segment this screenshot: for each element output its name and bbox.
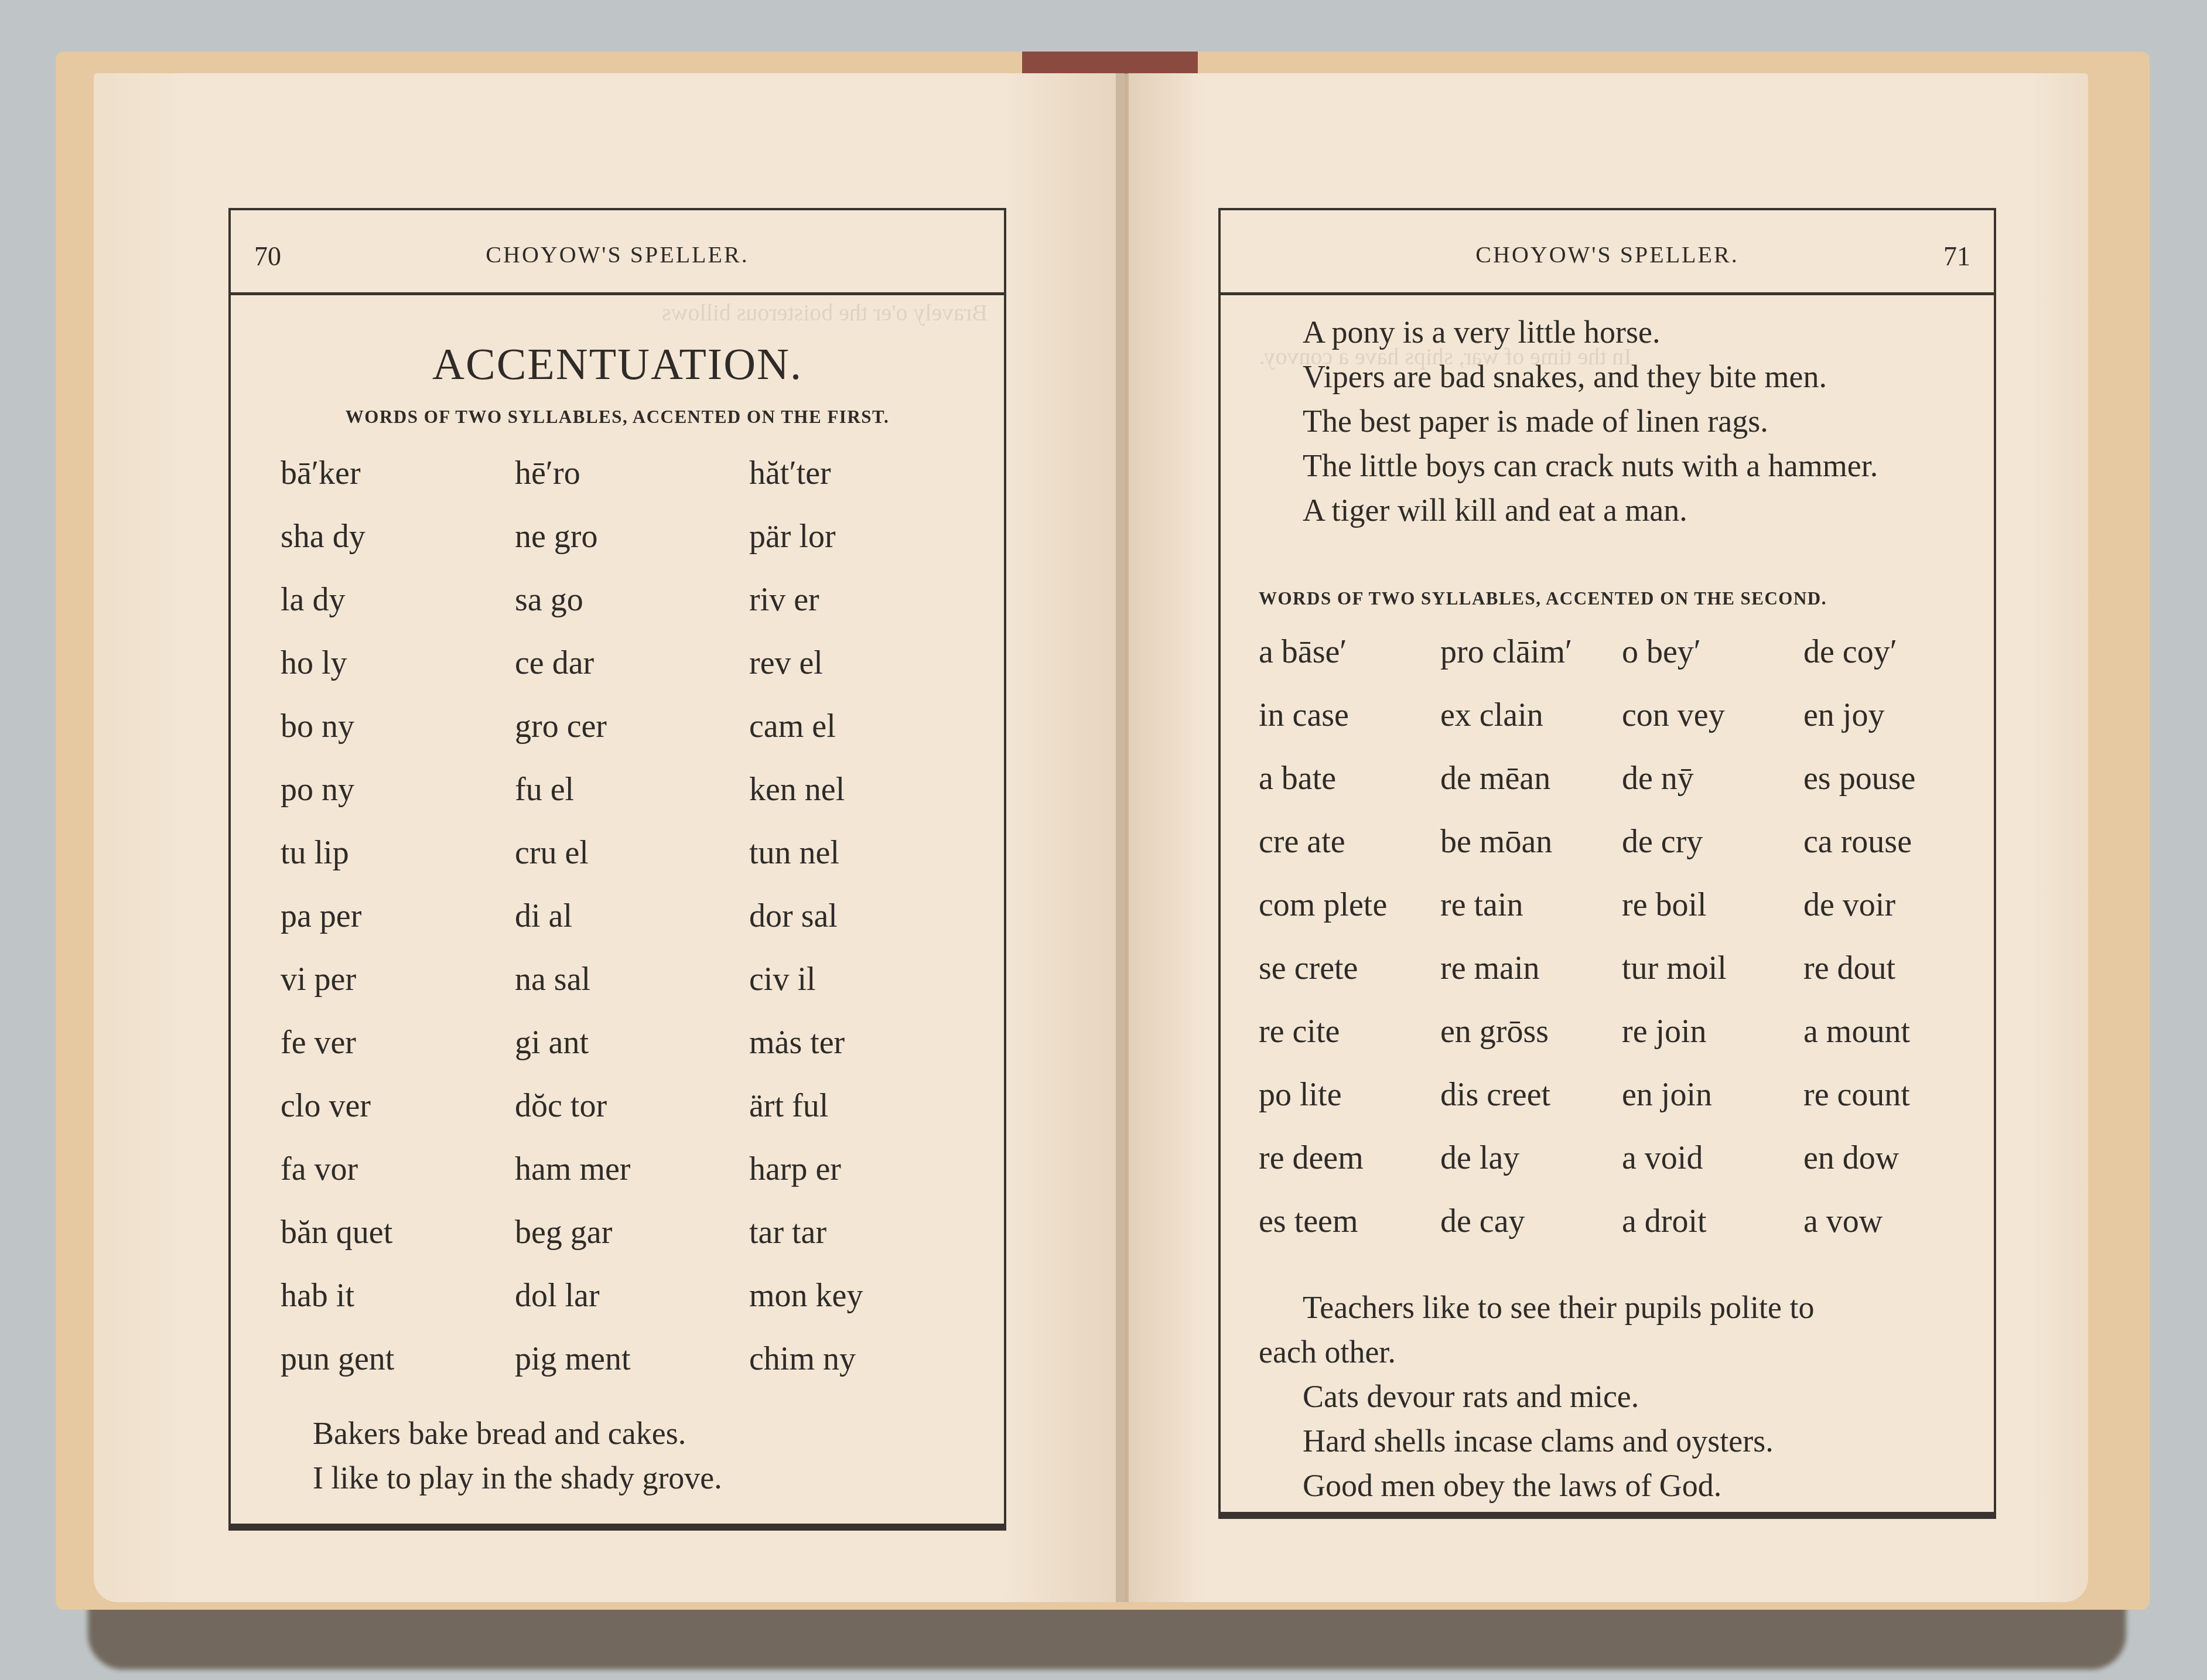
word: en grōss xyxy=(1440,1013,1622,1050)
word: harp er xyxy=(749,1150,841,1188)
word: de coy′ xyxy=(1803,633,1897,671)
word-row: pun gentpig mentchim ny xyxy=(281,1327,863,1391)
word: gro cer xyxy=(515,708,749,745)
word: rev el xyxy=(749,644,823,682)
word: ne gro xyxy=(515,518,749,555)
word: a void xyxy=(1622,1139,1803,1177)
word-row: la dysa goriv er xyxy=(281,568,863,631)
example-sentence: Teachers like to see their pupils polite… xyxy=(1303,1285,1814,1330)
book-gutter xyxy=(1116,73,1129,1602)
word-row: re citeen grōssre joina mount xyxy=(1259,1000,1915,1063)
word: fe ver xyxy=(281,1024,515,1061)
word: in case xyxy=(1259,696,1440,734)
word-row: fe vergi antmȧs ter xyxy=(281,1011,863,1074)
word: di al xyxy=(515,897,749,935)
word: de mēan xyxy=(1440,760,1622,797)
word-row: bo nygro cercam el xyxy=(281,695,863,758)
word-row: a batede mēande nȳes pouse xyxy=(1259,747,1915,810)
word: tun nel xyxy=(749,834,839,872)
example-sentence: A tiger will kill and eat a man. xyxy=(1303,488,1687,532)
word: la dy xyxy=(281,581,515,619)
word-row: po litedis creeten joinre count xyxy=(1259,1063,1915,1126)
example-sentence: each other. xyxy=(1259,1330,1396,1374)
word: re tain xyxy=(1440,886,1622,924)
word-row: sha dyne gropär lor xyxy=(281,505,863,568)
word: hab it xyxy=(281,1277,515,1314)
word: pa per xyxy=(281,897,515,935)
spine-band xyxy=(1022,52,1198,74)
example-sentence: Cats devour rats and mice. xyxy=(1303,1374,1639,1419)
word-row: fa vorham merharp er xyxy=(281,1138,863,1201)
word: ho ly xyxy=(281,644,515,682)
word: gi ant xyxy=(515,1024,749,1061)
word: vi per xyxy=(281,961,515,998)
word: civ il xyxy=(749,961,816,998)
word: tar tar xyxy=(749,1214,826,1251)
left-running-header: 70 CHOYOW'S SPELLER. xyxy=(231,210,1004,295)
example-sentence: Hard shells incase clams and oysters. xyxy=(1303,1419,1774,1463)
word: de voir xyxy=(1803,886,1895,924)
word-row: băn quetbeg gartar tar xyxy=(281,1201,863,1264)
running-head-title: CHOYOW'S SPELLER. xyxy=(231,241,1004,268)
word: de lay xyxy=(1440,1139,1622,1177)
word-row: es teemde caya droita vow xyxy=(1259,1190,1915,1253)
word: a vow xyxy=(1803,1203,1883,1240)
word: re boil xyxy=(1622,886,1803,924)
word: mon key xyxy=(749,1277,863,1314)
word: dŏc tor xyxy=(515,1087,749,1125)
page-number: 71 xyxy=(1943,241,1970,272)
example-sentence: Good men obey the laws of God. xyxy=(1303,1463,1721,1508)
word: cru el xyxy=(515,834,749,872)
word: re join xyxy=(1622,1013,1803,1050)
word: cam el xyxy=(749,708,836,745)
word-row: com pletere tainre boilde voir xyxy=(1259,873,1915,937)
word-row: vi perna salciv il xyxy=(281,948,863,1011)
word: na sal xyxy=(515,961,749,998)
example-sentence: Vipers are bad snakes, and they bite men… xyxy=(1303,354,1827,399)
example-sentence: I like to play in the shady grove. xyxy=(313,1456,722,1500)
example-sentence: Bakers bake bread and cakes. xyxy=(313,1411,686,1456)
word: con vey xyxy=(1622,696,1803,734)
word: cre ate xyxy=(1259,823,1440,861)
word: en dow xyxy=(1803,1139,1899,1177)
word: se crete xyxy=(1259,950,1440,987)
word-row: a bāse′pro clāim′o bey′de coy′ xyxy=(1259,620,1915,684)
word: a droit xyxy=(1622,1203,1803,1240)
word: a bāse′ xyxy=(1259,633,1440,671)
word: pro clāim′ xyxy=(1440,633,1622,671)
section-subheading: WORDS OF TWO SYLLABLES, ACCENTED ON THE … xyxy=(231,407,1004,428)
word: po lite xyxy=(1259,1076,1440,1114)
word-row: pa perdi aldor sal xyxy=(281,885,863,948)
word: dol lar xyxy=(515,1277,749,1314)
word: tur moil xyxy=(1622,950,1803,987)
word: es pouse xyxy=(1803,760,1915,797)
word: băn quet xyxy=(281,1214,515,1251)
word: a mount xyxy=(1803,1013,1910,1050)
example-sentence: The best paper is made of linen rags. xyxy=(1303,399,1768,443)
word: pun gent xyxy=(281,1340,515,1378)
word-row: hab itdol larmon key xyxy=(281,1264,863,1327)
word: de cry xyxy=(1622,823,1803,861)
word-row: re deemde laya voiden dow xyxy=(1259,1126,1915,1190)
word: pär lor xyxy=(749,518,836,555)
word: sha dy xyxy=(281,518,515,555)
word: pig ment xyxy=(515,1340,749,1378)
word: mȧs ter xyxy=(749,1024,845,1061)
bottom-rule xyxy=(1221,1512,1994,1517)
word: o bey′ xyxy=(1622,633,1803,671)
word-list-second-accent: a bāse′pro clāim′o bey′de coy′ in caseex… xyxy=(1259,620,1915,1253)
word: re count xyxy=(1803,1076,1910,1114)
word-row: in caseex claincon veyen joy xyxy=(1259,684,1915,747)
word: ham mer xyxy=(515,1150,749,1188)
word: po ny xyxy=(281,771,515,808)
word: ärt ful xyxy=(749,1087,828,1125)
word: re cite xyxy=(1259,1013,1440,1050)
right-running-header: CHOYOW'S SPELLER. 71 xyxy=(1221,210,1994,295)
word: tu lip xyxy=(281,834,515,872)
left-page-frame: 70 CHOYOW'S SPELLER. ACCENTUATION. WORDS… xyxy=(228,208,1006,1531)
section-heading: ACCENTUATION. xyxy=(231,339,1004,390)
word: beg gar xyxy=(515,1214,749,1251)
word: riv er xyxy=(749,581,819,619)
word-row: po nyfu elken nel xyxy=(281,758,863,821)
word-row: bā′kerhē′rohăt′ter xyxy=(281,442,863,505)
word: com plete xyxy=(1259,886,1440,924)
word: hē′ro xyxy=(515,455,749,492)
bottom-rule xyxy=(231,1524,1004,1528)
word-row: se cretere maintur moilre dout xyxy=(1259,937,1915,1000)
word: sa go xyxy=(515,581,749,619)
example-sentence: A pony is a very little horse. xyxy=(1303,310,1660,354)
word: ex clain xyxy=(1440,696,1622,734)
example-sentence: The little boys can crack nuts with a ha… xyxy=(1303,443,1878,488)
word: es teem xyxy=(1259,1203,1440,1240)
word: en joy xyxy=(1803,696,1884,734)
word-row: tu lipcru eltun nel xyxy=(281,821,863,885)
word: chim ny xyxy=(749,1340,856,1378)
word: a bate xyxy=(1259,760,1440,797)
word-row: cre atebe mōande cryca rouse xyxy=(1259,810,1915,873)
word: ken nel xyxy=(749,771,845,808)
word: de nȳ xyxy=(1622,760,1803,797)
word: re deem xyxy=(1259,1139,1440,1177)
word: ca rouse xyxy=(1803,823,1912,861)
word: clo ver xyxy=(281,1087,515,1125)
word-row: ho lyce darrev el xyxy=(281,631,863,695)
word: dis creet xyxy=(1440,1076,1622,1114)
section-subheading: WORDS OF TWO SYLLABLES, ACCENTED ON THE … xyxy=(1259,588,1994,609)
right-page-frame: CHOYOW'S SPELLER. 71 A pony is a very li… xyxy=(1218,208,1996,1519)
word: ce dar xyxy=(515,644,749,682)
running-head-title: CHOYOW'S SPELLER. xyxy=(1221,241,1994,268)
word: hăt′ter xyxy=(749,455,831,492)
word-row: clo verdŏc torärt ful xyxy=(281,1074,863,1138)
word: bā′ker xyxy=(281,455,515,492)
word: re main xyxy=(1440,950,1622,987)
word: en join xyxy=(1622,1076,1803,1114)
word: dor sal xyxy=(749,897,838,935)
word: de cay xyxy=(1440,1203,1622,1240)
word: re dout xyxy=(1803,950,1895,987)
word: fu el xyxy=(515,771,749,808)
word: bo ny xyxy=(281,708,515,745)
word: be mōan xyxy=(1440,823,1622,861)
word: fa vor xyxy=(281,1150,515,1188)
word-list-first-accent: bā′kerhē′rohăt′ter sha dyne gropär lor l… xyxy=(281,442,863,1391)
